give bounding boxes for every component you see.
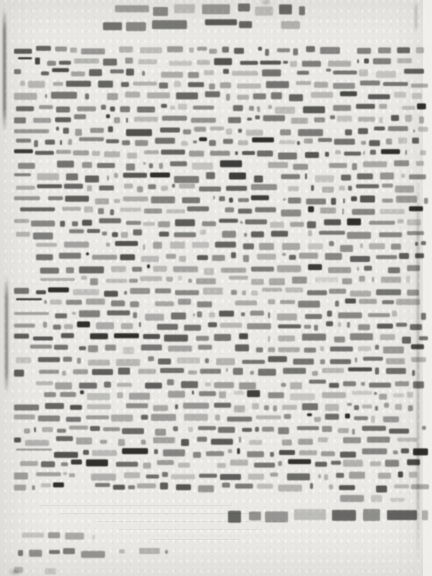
text-line bbox=[14, 310, 426, 321]
footer-line bbox=[18, 547, 168, 558]
text-line bbox=[14, 321, 422, 332]
text-line bbox=[14, 436, 422, 447]
text-line bbox=[14, 149, 426, 160]
scan-streak bbox=[415, 2, 417, 32]
text-line bbox=[16, 103, 426, 114]
text-line bbox=[14, 482, 430, 493]
text-line bbox=[20, 206, 424, 217]
text-line bbox=[18, 160, 424, 171]
scan-artifact-line bbox=[118, 529, 262, 530]
scan-artifact-line bbox=[40, 505, 232, 506]
scanned-letter-page bbox=[0, 0, 432, 576]
text-line bbox=[40, 275, 410, 286]
text-line bbox=[16, 298, 424, 309]
scan-artifact-line bbox=[60, 513, 255, 514]
heading-line bbox=[115, 3, 305, 14]
scan-artifact-line bbox=[150, 539, 240, 540]
ink-blot bbox=[262, 0, 270, 4]
text-line bbox=[16, 448, 428, 459]
text-line bbox=[14, 195, 428, 206]
text-line bbox=[18, 57, 426, 68]
scan-artifact-line bbox=[95, 521, 285, 522]
text-line bbox=[16, 229, 424, 240]
text-line bbox=[340, 494, 405, 505]
text-line bbox=[14, 471, 426, 482]
text-line bbox=[36, 252, 424, 263]
scan-streak bbox=[417, 168, 419, 564]
ink-blot bbox=[10, 570, 20, 574]
footer-line bbox=[14, 565, 56, 576]
text-line bbox=[36, 241, 426, 252]
text-line bbox=[14, 172, 426, 183]
text-line bbox=[14, 114, 424, 125]
signature-mark bbox=[228, 508, 428, 519]
text-line bbox=[14, 287, 426, 298]
text-line bbox=[16, 356, 426, 367]
text-line bbox=[14, 68, 424, 79]
text-line bbox=[40, 264, 420, 275]
text-line bbox=[20, 459, 424, 470]
scan-streak bbox=[3, 8, 6, 132]
text-line bbox=[14, 218, 426, 229]
footer-line bbox=[22, 531, 95, 542]
text-line bbox=[14, 333, 428, 344]
scan-streak bbox=[5, 276, 8, 394]
text-line bbox=[14, 367, 422, 378]
text-line bbox=[14, 413, 424, 424]
text-line bbox=[14, 402, 426, 413]
text-line bbox=[44, 390, 420, 401]
heading-line bbox=[103, 19, 300, 30]
text-line bbox=[16, 183, 422, 194]
text-line bbox=[20, 80, 428, 91]
text-line bbox=[14, 126, 428, 137]
text-line bbox=[24, 425, 426, 436]
text-line bbox=[14, 91, 422, 102]
text-line bbox=[14, 45, 424, 56]
text-line bbox=[16, 137, 420, 148]
text-line bbox=[36, 379, 424, 390]
text-line bbox=[30, 344, 424, 355]
